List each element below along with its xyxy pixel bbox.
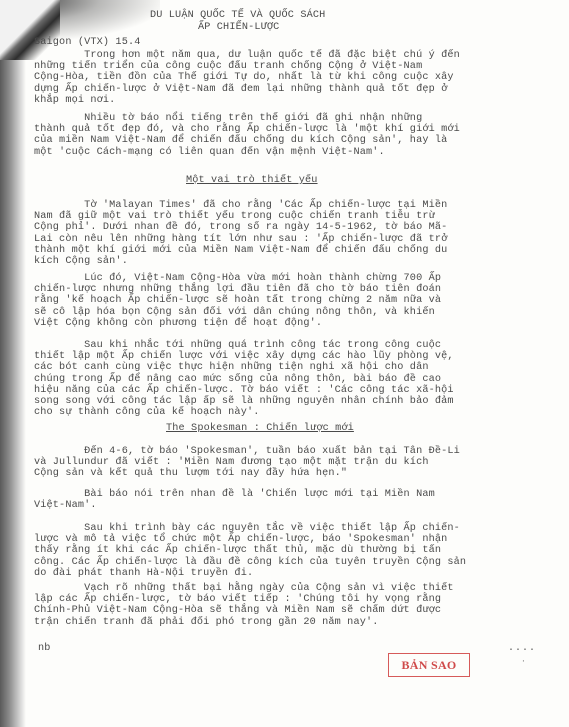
paragraph-6-line: Đến 4-6, tờ báo 'Spokesman', tuần báo xu… xyxy=(34,446,460,457)
section-heading-1: Một vai trò thiết yếu xyxy=(186,175,318,186)
stray-mark: · xyxy=(521,657,526,666)
paragraph-8-line: Sau khi trình bày các nguyên tắc về việc… xyxy=(34,523,460,534)
paragraph-5-line: Sau khi nhắc tới những quá trình công tá… xyxy=(34,340,441,351)
paragraph-3-line: Nam đã giữ một vai trò thiết yếu trong c… xyxy=(34,211,435,222)
paragraph-7-line: Việt-Nam'. xyxy=(34,500,97,511)
document-title: DU LUẬN QUỐC TẾ VÀ QUỐC SÁCH xyxy=(150,10,325,21)
paragraph-4-line: Việt Cộng không còn phương tiện để hoạt … xyxy=(34,318,322,329)
copy-stamp: BẢN SAO xyxy=(388,653,470,677)
paragraph-2-line: Nhiều tờ báo nổi tiếng trên thế giới đã … xyxy=(34,113,422,124)
paragraph-3-line: thành một khí giới mới của Miền Nam Việt… xyxy=(34,245,447,256)
paragraph-3-line: kích Cộng sản'. xyxy=(34,256,128,267)
paragraph-4-line: rằng 'kế hoạch Ấp chiến-lược sẽ hoàn tất… xyxy=(34,295,441,306)
paragraph-8-line: do đài phát thanh Hà-Nội truyền đi. xyxy=(34,568,253,579)
paragraph-2-line: của miền Nam Việt-Nam để chiến đấu chống… xyxy=(34,135,447,146)
paragraph-5-line: chúng trong Ấp để nâng cao mức sống của … xyxy=(34,374,441,385)
paragraph-8-line: lược và mô tả việc tổ chức một Ấp chiến-… xyxy=(34,534,447,545)
paragraph-7-line: Bài báo nói trên nhan đề là 'Chiến lược … xyxy=(34,489,435,500)
paragraph-2-line: thành quả tốt đẹp đó, và cho rằng Ấp chi… xyxy=(34,124,460,135)
end-marker: .... xyxy=(508,643,536,654)
paragraph-4-line: Lúc đó, Việt-Nam Cộng-Hòa vừa mới hoàn t… xyxy=(34,273,441,284)
paragraph-8-line: thấy rằng ít khi các Ấp chiến-lược thất … xyxy=(34,545,441,556)
document-page: DU LUẬN QUỐC TẾ VÀ QUỐC SÁCHẤP CHIẾN-LƯỢ… xyxy=(0,0,569,727)
paragraph-5-line: thiết lập một Ấp chiến lược với việc xây… xyxy=(34,351,454,362)
paragraph-2-line: một 'cuộc Cách-mạng có liên quan đến vận… xyxy=(34,147,385,158)
paragraph-9-line: Vạch rõ những thất bại hằng ngày của Cộn… xyxy=(34,583,454,594)
typist-initials: nb xyxy=(38,643,51,654)
paragraph-8-line: công. Các Ấp chiến-lược là đầu đề công k… xyxy=(34,557,466,568)
paragraph-9-line: trận chiến tranh đã phải đối phó trong g… xyxy=(34,617,379,628)
paragraph-9-line: Chính-Phủ Việt-Nam Cộng-Hòa sẽ thắng và … xyxy=(34,605,441,616)
paragraph-6-line: Cộng sản và kết quả thu lượm tới nay đầy… xyxy=(34,468,347,479)
paragraph-1-line: khắp mọi nơi. xyxy=(34,95,115,106)
paragraph-1-line: Trong hơn một năm qua, dư luận quốc tế đ… xyxy=(34,50,460,61)
paragraph-1-line: dựng Ấp chiến-lược ở Việt-Nam đã đem lại… xyxy=(34,84,447,95)
paragraph-1-line: Cộng-Hòa, tiền đồn của Thế giới Tự do, n… xyxy=(34,72,454,83)
paragraph-3-line: Tờ 'Malayan Times' đã cho rằng 'Các Ấp c… xyxy=(34,200,447,211)
dateline: Saigon (VTX) 15.4 xyxy=(34,37,140,48)
paragraph-5-line: cho sự thành công của kế hoạch này'. xyxy=(34,407,260,418)
paragraph-3-line: Lai còn nêu lên những hàng tít lớn như s… xyxy=(34,234,447,245)
document-subtitle: ẤP CHIẾN-LƯỢC xyxy=(198,22,279,33)
section-heading-2: The Spokesman : Chiến lược mới xyxy=(166,423,354,434)
paragraph-3-line: Cộng phỉ'. Dưới nhan đề đó, trong số ra … xyxy=(34,222,447,233)
paragraph-9-line: lập các Ấp chiến-lược, tờ báo viết tiếp … xyxy=(34,594,441,605)
paragraph-5-line: hiệu năng của các Ấp chiến-lược. Tờ báo … xyxy=(34,385,454,396)
paragraph-6-line: và Jullundur đã viết : 'Miền Nam đương t… xyxy=(34,457,429,468)
paragraph-5-line: song song với công tác lập ấp sẽ là nhữn… xyxy=(34,396,454,407)
paragraph-5-line: các bót canh cùng việc thực hiện những t… xyxy=(34,362,429,373)
paragraph-1-line: những tiến triển của công cuộc đấu tranh… xyxy=(34,61,422,72)
paragraph-4-line: chiến-lược nhưng những thắng lợi đầu tiê… xyxy=(34,284,441,295)
paragraph-4-line: sẽ cô lập hóa bọn Cộng sản đối với dân c… xyxy=(34,307,435,318)
